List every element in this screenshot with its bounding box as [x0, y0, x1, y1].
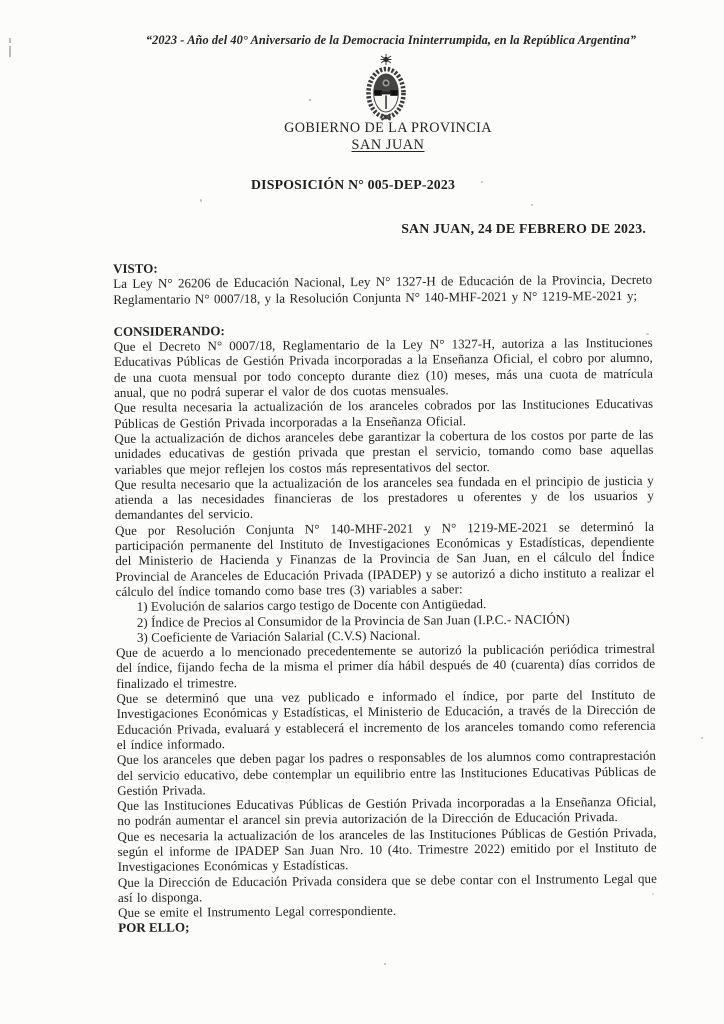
province-line: SAN JUAN	[0, 137, 724, 154]
document-body: VISTO: La Ley N° 26206 de Educación Naci…	[113, 257, 657, 936]
disposition-number: DISPOSICIÓN N° 005-DEP-2023	[251, 177, 455, 193]
considerando-paragraph: Que resulta necesario que la actualizaci…	[115, 473, 654, 523]
san-juan-coat-of-arms-icon	[361, 52, 411, 124]
considerando-paragraph: Que por Resolución Conjunta N° 140-MHF-2…	[115, 519, 655, 600]
scan-speck	[309, 99, 311, 101]
dateline: SAN JUAN, 24 DE FEBRERO DE 2023.	[401, 221, 646, 237]
considerando-paragraph: Que la Dirección de Educación Privada co…	[118, 870, 657, 905]
considerando-paragraph: Que de acuerdo a lo mencionado precedent…	[116, 641, 655, 691]
considerando-paragraph: Que la actualización de dichos aranceles…	[114, 427, 653, 477]
scanned-document-page: “2023 - Año del 40° Aniversario de la De…	[0, 0, 724, 1024]
considerando-paragraph: Que el Decreto N° 0007/18, Reglamentario…	[114, 335, 653, 400]
considerando-paragraph: Que se determinó que una vez publicado e…	[116, 687, 655, 752]
considerando-paragraph: Que las Instituciones Educativas Pública…	[117, 794, 656, 829]
year-motto: “2023 - Año del 40° Aniversario de la De…	[0, 33, 724, 48]
scan-speck	[200, 199, 202, 202]
government-line: GOBIERNO DE LA PROVINCIA	[0, 120, 724, 137]
scan-speck	[384, 963, 386, 965]
scan-speck	[531, 204, 533, 206]
considerando-paragraph: Que es necesaria la actualización de los…	[117, 824, 656, 874]
province-line-text: SAN JUAN	[352, 137, 425, 153]
scan-speck	[701, 737, 703, 739]
considerando-blocks: Que el Decreto N° 0007/18, Reglamentario…	[114, 335, 658, 920]
visto-paragraph: La Ley N° 26206 de Educación Nacional, L…	[113, 272, 652, 307]
considerando-paragraph: Que resulta necesaria la actualización d…	[114, 396, 653, 431]
considerando-paragraph: Que los aranceles que deben pagar los pa…	[117, 748, 656, 798]
scan-speck	[481, 181, 483, 183]
